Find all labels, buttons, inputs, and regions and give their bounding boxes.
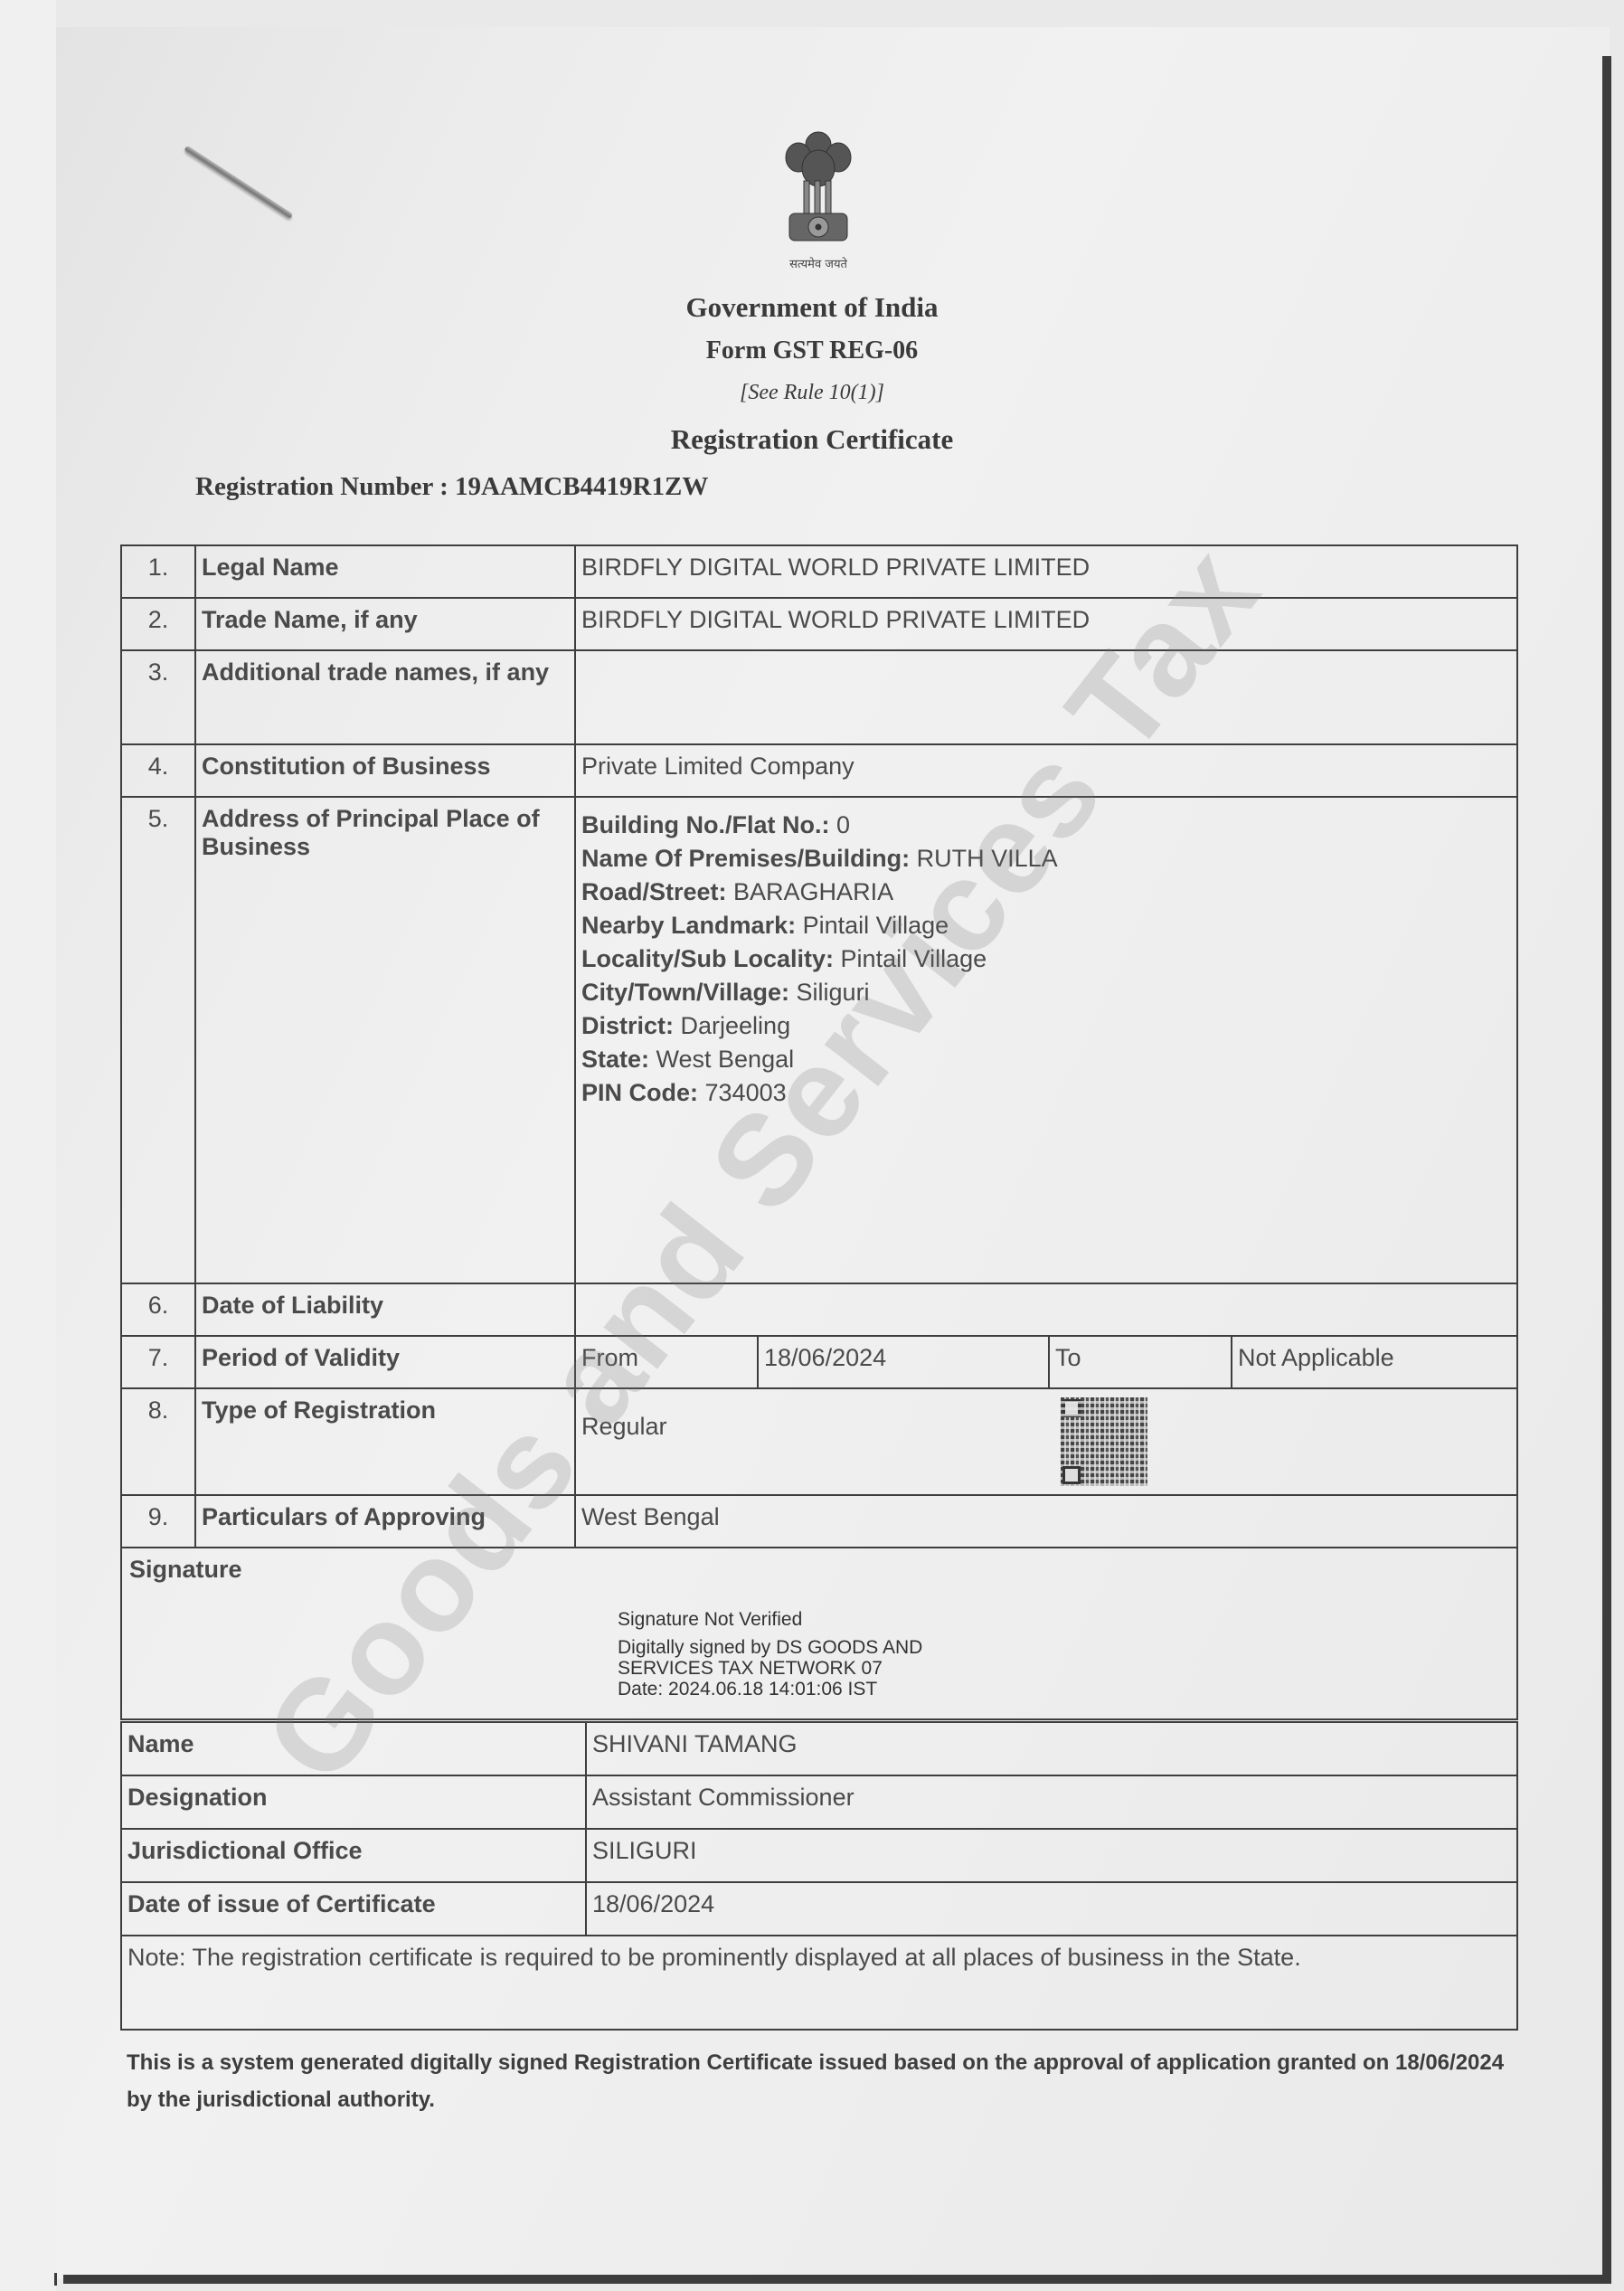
table-row: 8. Type of Registration Regular	[121, 1388, 1517, 1495]
address-value: Pintail Village	[834, 945, 987, 972]
address-key: Nearby Landmark:	[581, 912, 796, 939]
registration-type-text: Regular	[581, 1413, 667, 1440]
date-of-liability-value	[575, 1283, 1517, 1336]
table-row: Designation Assistant Commissioner	[121, 1775, 1517, 1829]
field-label: Trade Name, if any	[195, 598, 575, 650]
row-number: 2.	[121, 598, 195, 650]
validity-to-value: Not Applicable	[1232, 1336, 1517, 1388]
address-key: City/Town/Village:	[581, 979, 789, 1006]
address-value: Building No./Flat No.: 0Name Of Premises…	[575, 797, 1517, 1283]
address-value: Darjeeling	[674, 1012, 790, 1039]
approving-authority-value: West Bengal	[575, 1495, 1517, 1548]
signed-by-line-1: Digitally signed by DS GOODS AND	[618, 1637, 1511, 1658]
system-generated-footer: This is a system generated digitally sig…	[127, 2044, 1519, 2118]
qr-code-icon	[1061, 1397, 1147, 1486]
issue-date-value: 18/06/2024	[586, 1882, 1517, 1936]
page-edge-bottom	[63, 2275, 1611, 2284]
row-number: 7.	[121, 1336, 195, 1388]
table-row: Name SHIVANI TAMANG	[121, 1722, 1517, 1775]
address-key: Name Of Premises/Building:	[581, 845, 910, 872]
field-label: Type of Registration	[195, 1388, 575, 1495]
emblem-motto: सत्यमेव जयते	[741, 255, 895, 271]
field-label: Particulars of Approving	[195, 1495, 575, 1548]
address-line: District: Darjeeling	[581, 1009, 1511, 1043]
signature-label: Signature	[129, 1556, 1511, 1584]
officer-field-label: Name	[121, 1722, 586, 1775]
table-row: 2. Trade Name, if any BIRDFLY DIGITAL WO…	[121, 598, 1517, 650]
signed-by-line-2: SERVICES TAX NETWORK 07	[618, 1658, 1511, 1679]
field-label: Date of Liability	[195, 1283, 575, 1336]
field-label: Additional trade names, if any	[195, 650, 575, 744]
table-row: 3. Additional trade names, if any	[121, 650, 1517, 744]
address-value: RUTH VILLA	[910, 845, 1058, 872]
rule-reference: [See Rule 10(1)]	[0, 381, 1624, 405]
table-row: 9. Particulars of Approving West Bengal	[121, 1495, 1517, 1548]
address-value: Pintail Village	[796, 912, 949, 939]
field-label: Address of Principal Place of Business	[195, 797, 575, 1283]
address-line: Nearby Landmark: Pintail Village	[581, 909, 1511, 942]
digital-signature-block: Signature Not Verified Digitally signed …	[618, 1609, 1511, 1699]
address-line: Locality/Sub Locality: Pintail Village	[581, 942, 1511, 976]
certificate-title: Registration Certificate	[0, 423, 1624, 456]
table-row: 1. Legal Name BIRDFLY DIGITAL WORLD PRIV…	[121, 545, 1517, 598]
legal-name-value: BIRDFLY DIGITAL WORLD PRIVATE LIMITED	[575, 545, 1517, 598]
row-number: 6.	[121, 1283, 195, 1336]
address-value: West Bengal	[649, 1046, 794, 1073]
address-value: BARAGHARIA	[727, 878, 894, 905]
note-text: Note: The registration certificate is re…	[121, 1936, 1517, 2030]
row-number: 1.	[121, 545, 195, 598]
officer-field-label: Designation	[121, 1775, 586, 1829]
signature-cell: Signature Signature Not Verified Digital…	[121, 1548, 1517, 1719]
address-key: District:	[581, 1012, 674, 1039]
registration-number-label: Registration Number :	[195, 472, 448, 501]
address-value: Siliguri	[789, 979, 870, 1006]
jurisdictional-office-value: SILIGURI	[586, 1829, 1517, 1882]
address-key: PIN Code:	[581, 1079, 698, 1106]
page-edge-tick	[54, 2273, 57, 2286]
officer-field-label: Date of issue of Certificate	[121, 1882, 586, 1936]
address-key: State:	[581, 1046, 649, 1073]
validity-from-value: 18/06/2024	[758, 1336, 1049, 1388]
row-number: 5.	[121, 797, 195, 1283]
row-number: 3.	[121, 650, 195, 744]
signature-date: Date: 2024.06.18 14:01:06 IST	[618, 1679, 1511, 1699]
address-value: 0	[829, 811, 850, 838]
national-emblem-icon	[773, 125, 864, 251]
table-row: 7. Period of Validity From 18/06/2024 To…	[121, 1336, 1517, 1388]
address-line: PIN Code: 734003	[581, 1076, 1511, 1110]
table-row: 6. Date of Liability	[121, 1283, 1517, 1336]
address-value: 734003	[698, 1079, 787, 1106]
registration-number-value: 19AAMCB4419R1ZW	[455, 472, 708, 501]
address-line: Building No./Flat No.: 0	[581, 809, 1511, 842]
address-key: Road/Street:	[581, 878, 727, 905]
signature-row: Signature Signature Not Verified Digital…	[121, 1548, 1517, 1719]
row-number: 4.	[121, 744, 195, 797]
validity-from-label: From	[575, 1336, 758, 1388]
table-row: 4. Constitution of Business Private Limi…	[121, 744, 1517, 797]
trade-name-value: BIRDFLY DIGITAL WORLD PRIVATE LIMITED	[575, 598, 1517, 650]
field-label: Constitution of Business	[195, 744, 575, 797]
additional-trade-names-value	[575, 650, 1517, 744]
address-line: Name Of Premises/Building: RUTH VILLA	[581, 842, 1511, 876]
officer-field-label: Jurisdictional Office	[121, 1829, 586, 1882]
government-title: Government of India	[0, 291, 1624, 324]
signature-status: Signature Not Verified	[618, 1609, 1511, 1630]
address-lines: Building No./Flat No.: 0Name Of Premises…	[581, 809, 1511, 1110]
address-line: City/Town/Village: Siliguri	[581, 976, 1511, 1009]
table-row: Date of issue of Certificate 18/06/2024	[121, 1882, 1517, 1936]
registration-number: Registration Number : 19AAMCB4419R1ZW	[195, 472, 708, 502]
constitution-value: Private Limited Company	[575, 744, 1517, 797]
table-row: 5. Address of Principal Place of Busines…	[121, 797, 1517, 1283]
address-line: State: West Bengal	[581, 1043, 1511, 1076]
note-row: Note: The registration certificate is re…	[121, 1936, 1517, 2030]
validity-to-label: To	[1049, 1336, 1232, 1388]
address-key: Locality/Sub Locality:	[581, 945, 834, 972]
form-title: Form GST REG-06	[0, 336, 1624, 365]
designation-value: Assistant Commissioner	[586, 1775, 1517, 1829]
officer-name-value: SHIVANI TAMANG	[586, 1722, 1517, 1775]
address-key: Building No./Flat No.:	[581, 811, 829, 838]
registration-type-value: Regular	[575, 1388, 1517, 1495]
row-number: 9.	[121, 1495, 195, 1548]
registration-details-table: 1. Legal Name BIRDFLY DIGITAL WORLD PRIV…	[120, 544, 1518, 1720]
table-row: Jurisdictional Office SILIGURI	[121, 1829, 1517, 1882]
row-number: 8.	[121, 1388, 195, 1495]
field-label: Legal Name	[195, 545, 575, 598]
field-label: Period of Validity	[195, 1336, 575, 1388]
officer-details-table: Name SHIVANI TAMANG Designation Assistan…	[120, 1721, 1518, 2031]
address-line: Road/Street: BARAGHARIA	[581, 876, 1511, 909]
